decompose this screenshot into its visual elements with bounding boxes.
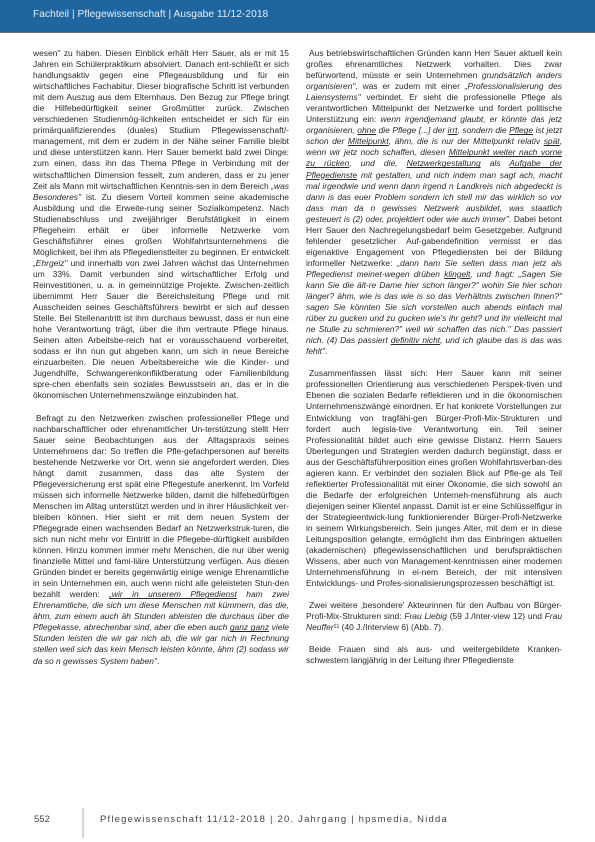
- person-name: Frau Liebig: [404, 611, 447, 621]
- underlined-quote: Pflege: [509, 125, 533, 135]
- text-run: wesen" zu haben. Diesen Einblick erhält …: [33, 48, 289, 191]
- text-run: .: [325, 346, 327, 356]
- journal-section-title: Fachteil | Pflegewissenschaft | Ausgabe …: [33, 9, 268, 20]
- text-run: (59 J./Inter-view 12) und: [447, 611, 545, 621]
- underlined-quote: ganz ganz: [230, 622, 269, 632]
- text-run: ¹¹ (40 J./Interview 6) (Abb. 7).: [334, 622, 444, 632]
- underlined-quote: ohne: [357, 125, 376, 135]
- paragraph: wesen" zu haben. Diesen Einblick erhält …: [33, 48, 289, 402]
- text-run: die Pflege [...] der: [376, 125, 448, 135]
- underlined-quote: Netzwerkgestaltung: [407, 158, 481, 168]
- underlined-quote: definitiv nicht: [391, 335, 440, 345]
- interview-quote: „dann ham Sie selten dass man jetz als P…: [306, 258, 562, 356]
- underlined-quote: Mittelpunkt: [348, 136, 389, 146]
- text-run: , und die,: [349, 158, 406, 168]
- footer-publication-info: Pflegewissenschaft 11/12-2018 | 20. Jahr…: [100, 814, 448, 825]
- underlined-quote: spät: [544, 136, 560, 146]
- text-run: , ähm, die is nur der Mittelpunkt relati…: [389, 136, 544, 146]
- text-run: , sondern die: [458, 125, 510, 135]
- paragraph: Beide Frauen sind als aus- und weitergeb…: [306, 644, 562, 666]
- paragraph: Aus betriebswirtschaftlichen Gründen kan…: [306, 48, 562, 357]
- footer-divider: [82, 808, 84, 838]
- paragraph: Zwei weitere ‚besondere' Akteurinnen für…: [306, 600, 562, 633]
- text-run: , und fragt: „Sagen Sie kann Sie die ält…: [306, 269, 562, 345]
- journal-header-bar: Fachteil | Pflegewissenschaft | Ausgabe …: [0, 0, 595, 33]
- text-column-right: Aus betriebswirtschaftlichen Gründen kan…: [306, 48, 562, 677]
- interview-quote: wenn irgendjemand glaubt, er könnte das …: [306, 114, 562, 223]
- interview-quote: „wir in unserem Pflegedienst ham zwei Eh…: [33, 589, 289, 665]
- underlined-quote: irrt: [448, 125, 458, 135]
- text-run: Befragt zu den Netzwerken zwischen profe…: [33, 413, 289, 600]
- text-run: und innerhalb von zwei Jahren wächst das…: [33, 258, 289, 401]
- paragraph: Befragt zu den Netzwerken zwischen profe…: [33, 413, 289, 667]
- page-footer: 552 Pflegewissenschaft 11/12-2018 | 20. …: [0, 808, 595, 842]
- text-run: .: [157, 656, 159, 666]
- underlined-quote: klingelt: [444, 269, 470, 279]
- page-number: 552: [34, 814, 50, 825]
- paragraph: Zusammenfassen lässt sich: Herr Sauer ka…: [306, 368, 562, 589]
- underlined-quote: „wir in unserem Pflegedienst: [109, 589, 237, 599]
- emphasis-quote: „Ehrgeiz": [33, 258, 67, 268]
- text-run: als: [481, 158, 510, 168]
- text-run: , was er zudem mit einer: [355, 81, 464, 91]
- text-column-left: wesen" zu haben. Diesen Einblick erhält …: [33, 48, 289, 678]
